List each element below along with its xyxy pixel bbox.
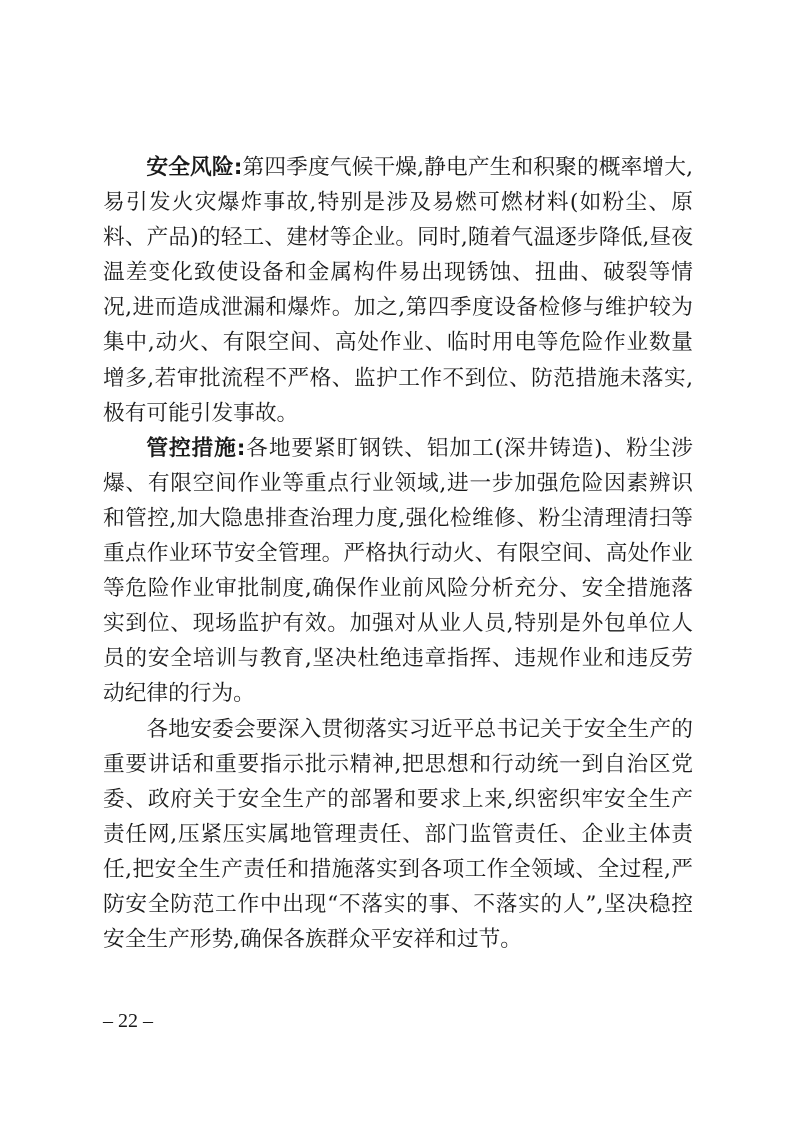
- paragraph-text-safety-committee: 各地安委会要深入贯彻落实习近平总书记关于安全生产的重要讲话和重要指示批示精神,把…: [103, 717, 693, 953]
- paragraph-control-measures: 管控措施:各地要紧盯钢铁、铝加工(深井铸造)、粉尘涉爆、有限空间作业等重点行业领…: [103, 431, 693, 712]
- document-body: 安全风险:第四季度气候干燥,静电产生和积聚的概率增大,易引发火灾爆炸事故,特别是…: [103, 150, 693, 957]
- paragraph-safety-committee: 各地安委会要深入贯彻落实习近平总书记关于安全生产的重要讲话和重要指示批示精神,把…: [103, 712, 693, 958]
- paragraph-text-safety-risk: 第四季度气候干燥,静电产生和积聚的概率增大,易引发火灾爆炸事故,特别是涉及易燃可…: [103, 155, 693, 426]
- page-number: – 22 –: [103, 1010, 153, 1033]
- paragraph-label-safety-risk: 安全风险:: [146, 155, 242, 180]
- paragraph-label-control-measures: 管控措施:: [146, 436, 245, 461]
- paragraph-text-control-measures: 各地要紧盯钢铁、铝加工(深井铸造)、粉尘涉爆、有限空间作业等重点行业领域,进一步…: [103, 436, 693, 707]
- paragraph-safety-risk: 安全风险:第四季度气候干燥,静电产生和积聚的概率增大,易引发火灾爆炸事故,特别是…: [103, 150, 693, 431]
